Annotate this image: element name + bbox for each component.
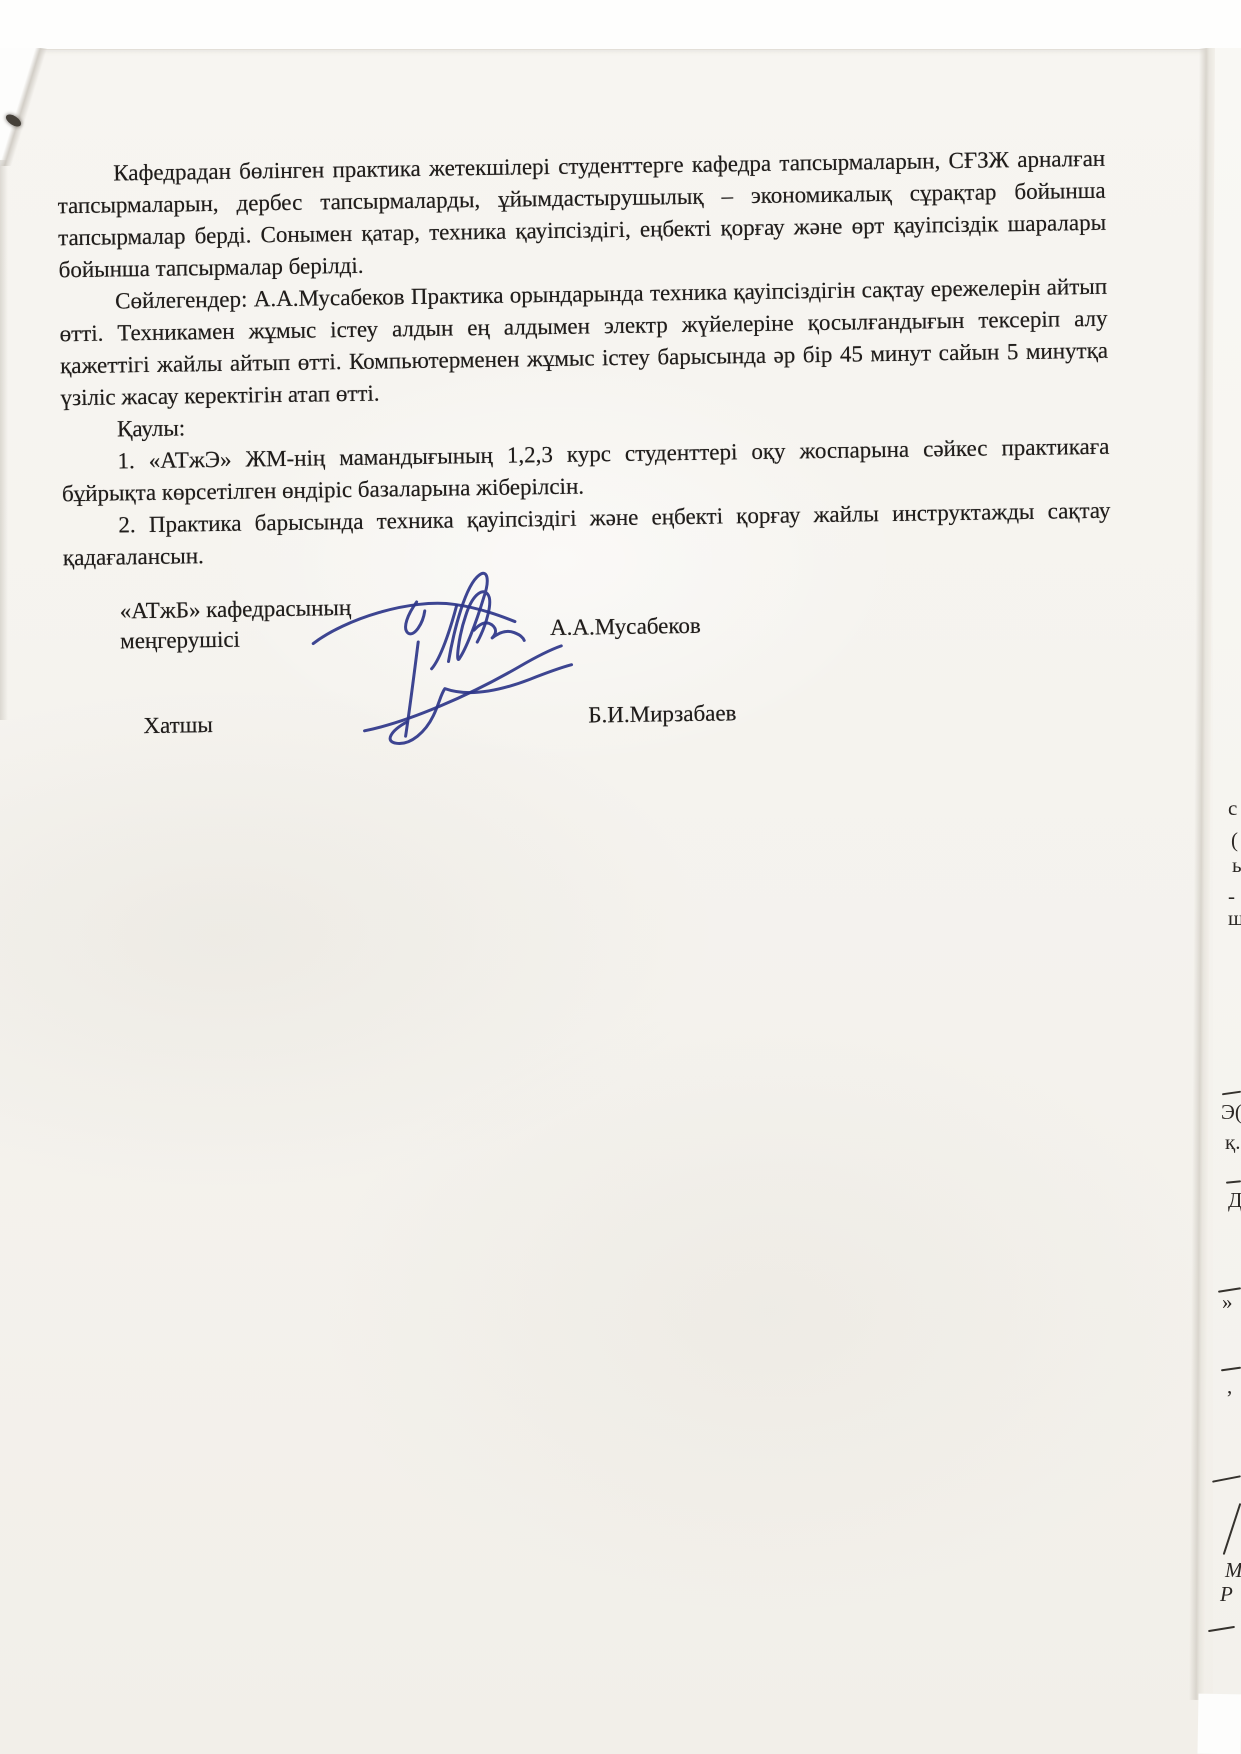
signatory-name-secretary: Б.И.Мирзабаев [588, 697, 737, 731]
signature-block: «АТжБ» кафедрасының меңгерушісі А.А.Муса… [64, 582, 1115, 808]
edge-fragment: ( [1231, 830, 1238, 851]
edge-fragment: ш [1228, 908, 1241, 929]
page-corner-shadow [0, 48, 52, 166]
edge-fragment: Р [1220, 1584, 1233, 1605]
edge-fragment: с [1228, 798, 1237, 819]
signatory-role-secretary: Хатшы [143, 708, 343, 741]
edge-fragment: Э( [1221, 1102, 1241, 1123]
document-text: Кафедрадан бөлінген практика жетекшілері… [57, 143, 1115, 807]
signature-mirzabaev-ink [347, 632, 581, 749]
edge-fragment: қ. [1225, 1132, 1240, 1153]
paragraph-speakers: Сөйлегендер: А.А.Мусабеков Практика орын… [59, 271, 1109, 415]
edge-fragment: М [1225, 1560, 1241, 1581]
edge-fragment: Д [1228, 1190, 1241, 1211]
edge-fragment: - [1228, 886, 1235, 907]
edge-fragment: , [1227, 1376, 1232, 1397]
edge-fragment: » [1222, 1292, 1233, 1313]
adjacent-page-end [1197, 1694, 1241, 1754]
edge-fragment: ь [1232, 855, 1241, 876]
scan-edge-shadow-left [0, 160, 8, 720]
scan-top-margin [0, 0, 1241, 50]
paragraph-assignments: Кафедрадан бөлінген практика жетекшілері… [57, 143, 1107, 287]
